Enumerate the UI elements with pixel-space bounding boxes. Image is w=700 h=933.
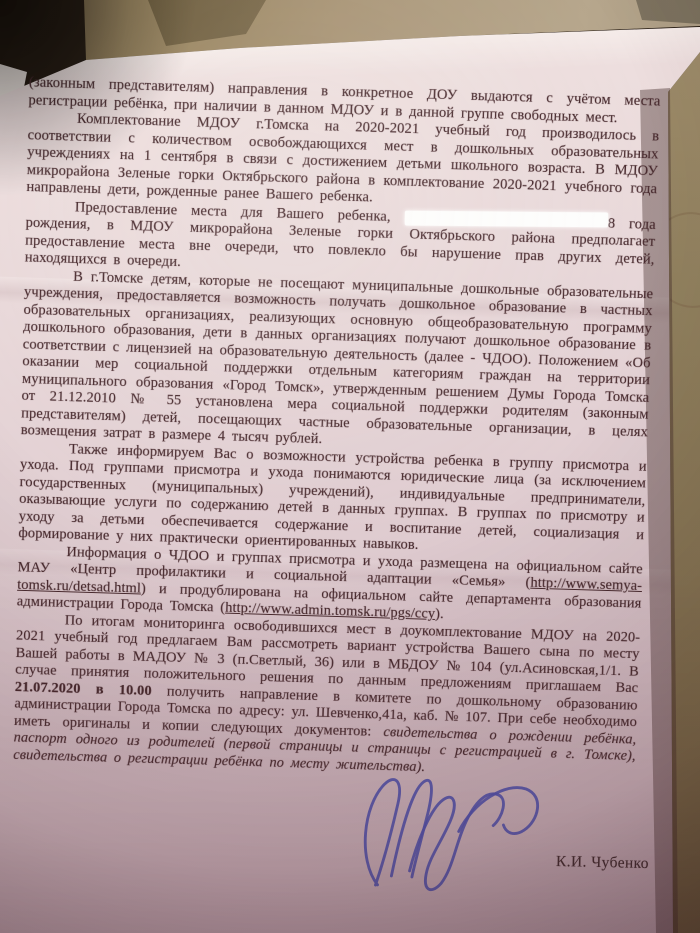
paragraph: В г.Томске детям, которые не посещают му… bbox=[21, 267, 654, 459]
text-run: ). bbox=[435, 606, 444, 622]
paragraph: Также информируем Вас о возможности устр… bbox=[18, 439, 647, 561]
text-run: В г.Томске детям, которые не посещают му… bbox=[21, 268, 654, 447]
paragraph: По итогам мониторинга освободившихся мес… bbox=[13, 611, 640, 783]
redaction-box bbox=[405, 210, 609, 227]
text-run: Комплектование МДОУ г.Томска на 2020-202… bbox=[26, 111, 659, 206]
document-photo: (законным представителям) направления в … bbox=[0, 0, 700, 933]
signature-stroke bbox=[362, 779, 405, 885]
text-run: Также информируем Вас о возможности устр… bbox=[18, 441, 647, 553]
document-text: (законным представителям) направления в … bbox=[13, 74, 661, 782]
handwritten-signature bbox=[341, 760, 572, 897]
signatory-name: К.И. Чубенко bbox=[556, 853, 649, 873]
